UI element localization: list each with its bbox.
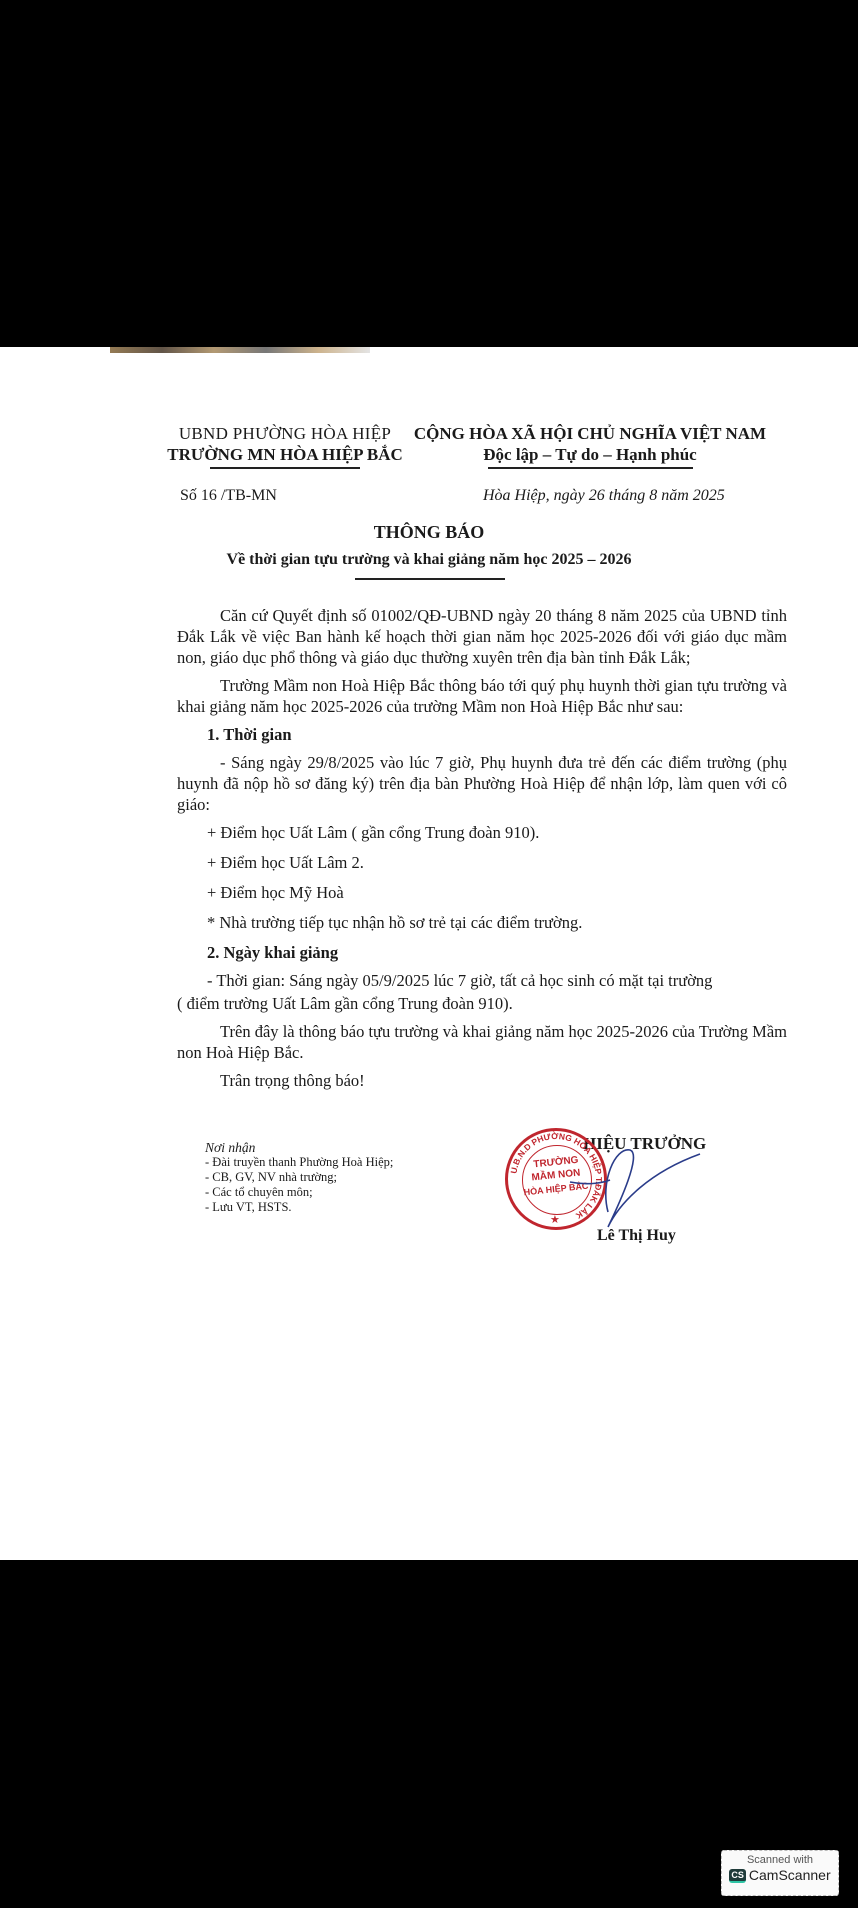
scanned-document-page: UBND PHƯỜNG HÒA HIỆP TRƯỜNG MN HÒA HIỆP … <box>0 347 858 1560</box>
paragraph-legal-basis: Căn cứ Quyết định số 01002/QĐ-UBND ngày … <box>177 605 787 668</box>
handwritten-signature-icon <box>560 1142 710 1237</box>
signer-name: Lê Thị Huy <box>597 1227 676 1245</box>
issuer-header: UBND PHƯỜNG HÒA HIỆP TRƯỜNG MN HÒA HIỆP … <box>150 423 420 469</box>
national-motto: Độc lập – Tự do – Hạnh phúc <box>405 444 775 465</box>
watermark-brand: CSCamScanner <box>722 1867 838 1883</box>
document-title: THÔNG BÁO <box>0 522 858 543</box>
location-item: + Điểm học Uất Lâm 2. <box>177 852 787 873</box>
location-item: + Điểm học Uất Lâm ( gần cổng Trung đoàn… <box>177 822 787 843</box>
recipients-heading: Nơi nhận <box>205 1140 393 1155</box>
camscanner-watermark: Scanned with CSCamScanner <box>721 1850 839 1896</box>
note-item: * Nhà trường tiếp tục nhận hồ sơ trẻ tại… <box>177 912 787 933</box>
divider <box>355 578 505 580</box>
section-heading-time: 1. Thời gian <box>177 724 787 745</box>
document-subtitle: Về thời gian tựu trường và khai giảng nă… <box>0 551 858 569</box>
paragraph-closing: Trên đây là thông báo tựu trường và khai… <box>177 1021 787 1063</box>
section-heading-opening: 2. Ngày khai giảng <box>177 942 787 963</box>
recipient-item: - CB, GV, NV nhà trường; <box>205 1170 393 1185</box>
divider <box>488 467 693 469</box>
recipients-block: Nơi nhận - Đài truyền thanh Phường Hoà H… <box>205 1140 393 1215</box>
location-item: + Điểm học Mỹ Hoà <box>177 882 787 903</box>
document-number: Số 16 /TB-MN <box>180 487 277 505</box>
paragraph-time-details: - Sáng ngày 29/8/2025 vào lúc 7 giờ, Phụ… <box>177 752 787 815</box>
paragraph-intro: Trường Mầm non Hoà Hiệp Bắc thông báo tớ… <box>177 675 787 717</box>
recipient-item: - Đài truyền thanh Phường Hoà Hiệp; <box>205 1155 393 1170</box>
national-header: CỘNG HÒA XÃ HỘI CHỦ NGHĨA VIỆT NAM Độc l… <box>405 423 775 469</box>
paragraph-opening-location: ( điểm trường Uất Lâm gần cổng Trung đoà… <box>177 993 787 1014</box>
watermark-brand-name: CamScanner <box>749 1867 831 1883</box>
regards: Trân trọng thông báo! <box>177 1070 787 1091</box>
divider <box>210 467 360 469</box>
issuer-authority: UBND PHƯỜNG HÒA HIỆP <box>150 423 420 444</box>
camscanner-logo-icon: CS <box>729 1869 746 1883</box>
issuer-school: TRƯỜNG MN HÒA HIỆP BẮC <box>150 444 420 465</box>
stamp-star-icon: ★ <box>550 1213 560 1226</box>
paragraph-opening-details: - Thời gian: Sáng ngày 05/9/2025 lúc 7 g… <box>177 970 787 991</box>
document-body: Căn cứ Quyết định số 01002/QĐ-UBND ngày … <box>177 605 787 1098</box>
recipient-item: - Lưu VT, HSTS. <box>205 1200 393 1215</box>
watermark-caption: Scanned with <box>722 1854 838 1866</box>
scan-edge-artifact <box>110 347 370 353</box>
national-title: CỘNG HÒA XÃ HỘI CHỦ NGHĨA VIỆT NAM <box>405 423 775 444</box>
place-date: Hòa Hiệp, ngày 26 tháng 8 năm 2025 <box>483 487 725 505</box>
recipient-item: - Các tổ chuyên môn; <box>205 1185 393 1200</box>
